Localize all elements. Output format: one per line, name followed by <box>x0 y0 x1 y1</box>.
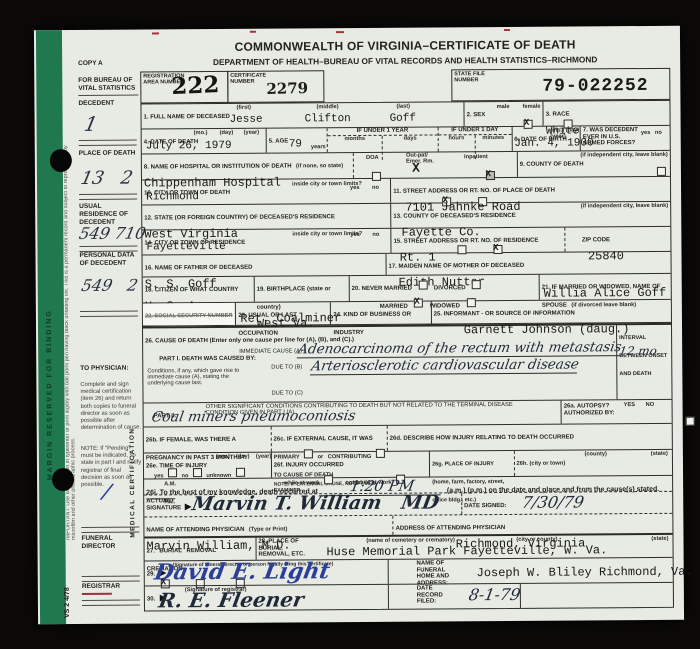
last-name-value: Goff <box>390 113 416 125</box>
registrar-signature-field: 30. ▶ (Signature of registrar) R. E. Fle… <box>145 585 388 611</box>
under-1-day-field: IF UNDER 1 DAY hours minutes <box>437 127 511 152</box>
street-of-death-field: 11. STREET ADDRESS OR RT. NO. OF PLACE O… <box>390 177 670 203</box>
physician-signature-handwritten: Marvin T. William MD <box>190 491 440 515</box>
interval-value-handwritten: 12 mo <box>618 344 658 358</box>
physician-address-field: ADDRESS OF ATTENDING PHYSICIAN Richmond,… <box>392 514 672 535</box>
red-tick <box>504 29 510 31</box>
birthplace-field: 19. BIRTHPLACE (state or country) West V… <box>254 276 349 302</box>
city-of-death-field: 10. CITY OR TOWN OF DEATH inside city or… <box>142 179 390 205</box>
row-due-to-b: Conditions, if any, which gave rise to i… <box>143 359 671 389</box>
residence-city-value: Fayetteville <box>146 241 225 254</box>
hospital-sublabel: (if none, so state) <box>296 163 343 169</box>
decedent-code-handwritten: 1 <box>82 112 100 136</box>
autopsy-yes-sublabel: YES <box>624 402 635 408</box>
interval-c-cell <box>617 385 672 399</box>
binding-strip: MARGIN RESERVED FOR BINDING <box>36 30 66 624</box>
item27-number: 27. <box>147 548 155 554</box>
mother-field: 17. MAIDEN NAME OF MOTHER OF DECEASED Ed… <box>385 252 670 275</box>
injury-description-label: 26d. DESCRIBE HOW INJURY RELATING TO DEA… <box>390 435 574 442</box>
certificate-title: COMMONWEALTH OF VIRGINIA–CERTIFICATE OF … <box>140 37 670 55</box>
row-registrar: 30. ▶ (Signature of registrar) R. E. Fle… <box>145 583 673 611</box>
funeral-section: 27. BURIAL REMOVAL CREMATION X 28. PLACE… <box>144 533 673 611</box>
full-name-field: 1. FULL NAME OF DECEASED (first) (middle… <box>141 102 463 128</box>
autopsy-yes-checkbox[interactable] <box>685 417 694 426</box>
date-of-birth-value: Jan. 4, 1900 <box>514 137 593 150</box>
physician-name-sublabel: (Type or Print) <box>249 527 287 533</box>
years-sublabel: years <box>311 144 326 150</box>
citizen-label: 18. CITIZEN OF WHAT COUNTRY <box>145 287 239 294</box>
age-label: 5. AGE <box>269 138 288 144</box>
registrar-label: REGISTRAR <box>82 583 142 592</box>
never-married-label: 20. NEVER MARRIED <box>352 286 412 292</box>
margin-rule <box>80 311 138 317</box>
city-county-sublabel: (city or county) <box>516 537 557 543</box>
physician-name-field: NAME OF ATTENDING PHYSICIAN (Type or Pri… <box>144 516 392 537</box>
registrar-signature-handwritten: R. E. Fleener <box>157 587 306 612</box>
date-filed-handwritten: 8-1-79 <box>467 585 522 604</box>
residence-street-field: 15. STREET ADDRESS OR RT. NO. OF RESIDEN… <box>390 228 564 253</box>
hospital-field: 8. NAME OF HOSPITAL OR INSTITUTION OF DE… <box>142 153 353 179</box>
death-certificate-form: 1. FULL NAME OF DECEASED (first) (middle… <box>140 100 674 612</box>
burial-label: BURIAL <box>159 548 182 554</box>
personal-code-handwritten: 549 2 <box>80 276 140 295</box>
binding-strip-label: MARGIN RESERVED FOR BINDING <box>45 180 54 480</box>
row-dates-age: 4. DATE OF DEATH (mo.) (day) (year) July… <box>142 126 670 155</box>
registration-area-box: REGISTRATION AREA NUMBER 222 <box>140 71 228 104</box>
residence-county-field: 13. COUNTY OF DECEASED'S RESIDENCE (if i… <box>390 202 670 228</box>
residence-code-handwritten: 549 710 <box>77 223 147 242</box>
limits-yes-sublabel: yes <box>350 185 360 191</box>
injury-state-sublabel: (state) <box>651 451 668 457</box>
pregnancy-field: 26b. IF FEMALE, WAS THERE A PREGNANCY IN… <box>144 427 271 453</box>
margin-rule <box>82 576 140 582</box>
physician-address-label: ADDRESS OF ATTENDING PHYSICIAN <box>396 525 506 532</box>
occupation-value: Ret. Coalminer <box>240 311 341 326</box>
red-tick <box>336 31 344 33</box>
spouse-value: Willia Alice Goff <box>544 286 667 301</box>
row-name-sex-race: 1. FULL NAME OF DECEASED (first) (middle… <box>141 101 669 130</box>
informant-label: 25. INFORMANT - OR SOURCE OF INFORMATION <box>434 310 575 317</box>
funeral-director-signature-handwritten: David E. Light <box>153 558 332 585</box>
autopsy-no-sublabel: NO <box>646 402 655 408</box>
mo-sublabel: (mo.) <box>194 130 208 136</box>
state-file-value: 79-022252 <box>542 76 648 97</box>
date-signed-label: DATE SIGNED: <box>464 503 507 509</box>
residence-state-label: 12. STATE (OR FOREIGN COUNTRY) OF DECEAS… <box>144 214 335 221</box>
residence-street-label: 15. STREET ADDRESS OR RT. NO. OF RESIDEN… <box>394 238 539 245</box>
first-sublabel: (first) <box>236 105 251 111</box>
certificate-number-box: CERTIFICATE NUMBER 2279 <box>227 70 324 103</box>
row-hospital: 8. NAME OF HOSPITAL OR INSTITUTION OF DE… <box>142 151 670 181</box>
place-of-burial-label: 28. PLACE OF BURIAL, REMOVAL, ETC. <box>258 538 310 559</box>
funeral-signature-field: 29. ▶ (Signature of funeral director or … <box>145 560 388 586</box>
physician-name-label: NAME OF ATTENDING PHYSICIAN <box>146 527 244 534</box>
year-sublabel: (year) <box>244 130 260 136</box>
funeral-home-value: Joseph W. Bliley Richmond, Va. <box>477 565 693 581</box>
street-of-death-label: 11. STREET ADDRESS OR RT. NO. OF PLACE O… <box>393 188 555 195</box>
date-filed-label: DATE RECORD FILED: <box>391 585 457 606</box>
row-residence-state-county: 12. STATE (OR FOREIGN COUNTRY) OF DECEAS… <box>142 202 670 231</box>
red-tick <box>152 32 159 34</box>
day-sublabel: (day) <box>220 130 234 136</box>
date-signed-handwritten: 7/30/79 <box>520 492 585 511</box>
injury-year-sublabel: (year) <box>256 454 272 460</box>
county-of-death-label: 9. COUNTY OF DEATH <box>520 161 584 167</box>
outpatient-x-mark[interactable]: X <box>412 161 420 176</box>
full-name-label: 1. FULL NAME OF DECEASED <box>144 114 230 121</box>
sex-label: 2. SEX <box>467 112 486 118</box>
place-of-burial-value: Huse Memorial Park Fayetteville, W. Va. <box>326 543 607 559</box>
sex-field: 2. SEX male female X <box>464 102 543 127</box>
date-signed-field: DATE SIGNED: 7/30/79 <box>461 492 672 514</box>
interval-header-cell: INTERVAL BETWEEN ONSET AND DEATH <box>616 325 671 341</box>
row-26efgh: 26e. TIME OF INJURY (mo.) (day) (year) A… <box>144 450 672 480</box>
row-funeral-director: 29. ▶ (Signature of funeral director or … <box>145 558 673 587</box>
female-sublabel: female <box>523 104 541 110</box>
father-field: 16. NAME OF FATHER OF DECEASED S. S. Gof… <box>143 254 386 277</box>
medical-certification-section: 26. CAUSE OF DEATH (Enter only one cause… <box>143 323 672 537</box>
time-of-injury-label: 26e. TIME OF INJURY <box>146 463 207 469</box>
never-married-checkbox[interactable] <box>418 281 427 290</box>
middle-sublabel: (middle) <box>316 104 338 110</box>
under-1-year-field: IF UNDER 1 YEAR months days <box>326 127 437 152</box>
row-26bcd: 26b. IF FEMALE, WAS THERE A PREGNANCY IN… <box>144 424 672 454</box>
place-of-burial-field: 28. PLACE OF BURIAL, REMOVAL, ETC. (name… <box>255 535 672 560</box>
residence-yes-sublabel: yes <box>350 232 360 238</box>
autopsy-label: 26a. AUTOPSY? AUTHORIZED BY: <box>564 403 619 417</box>
informant-field: 25. INFORMANT - OR SOURCE OF INFORMATION… <box>431 300 671 324</box>
zip-field: ZIP CODE 25840 <box>565 227 671 252</box>
due-to-b-label: DUE TO (B) <box>271 364 302 371</box>
margin-personal-label: PERSONAL DATA OF DECEDENT <box>79 252 139 269</box>
ssn-field: 22. SOCIAL SECURITY NUMBER <box>143 303 236 326</box>
injury-description-field: 26d. DESCRIBE HOW INJURY RELATING TO DEA… <box>387 424 672 451</box>
cause-b-handwritten: Arteriosclerotic cardiovascular disease <box>310 356 580 375</box>
due-to-c-label: DUE TO (C) <box>271 390 302 397</box>
margin-decedent-label: DECEDENT <box>78 100 138 109</box>
injury-mo-sublabel: (mo.) <box>216 454 230 460</box>
hospital-label: 8. NAME OF HOSPITAL OR INSTITUTION OF DE… <box>144 163 292 170</box>
divorced-label: DIVORCED <box>434 285 466 291</box>
funeral-home-field: NAME OF FUNERAL HOME AND ADDRESS: Joseph… <box>388 558 673 584</box>
conditions-note: Conditions, if any, which gave rise to i… <box>147 368 255 387</box>
injury-location-field: 26h. (city or town) (county) (state) <box>513 450 672 476</box>
place-of-injury-field: 26g. PLACE OF INJURY (home, farm, factor… <box>429 451 514 477</box>
margin-rule <box>79 140 137 146</box>
row-citizen-marital: 18. CITIZEN OF WHAT COUNTRY U. S. A. 19.… <box>143 274 671 304</box>
male-sublabel: male <box>497 104 510 110</box>
registrar-red-mark <box>82 593 112 595</box>
outpatient-sublabel: Out-pat/ Emer. Rm. <box>406 153 436 165</box>
residence-county-label: 13. COUNTY OF DECEASED'S RESIDENCE <box>393 213 515 220</box>
injury-city-sublabel: 26h. (city or town) <box>517 461 566 467</box>
state-file-box: STATE FILE NUMBER 79-022252 <box>451 68 670 102</box>
registrar-empty-cell <box>520 583 673 608</box>
certificate-subtitle: DEPARTMENT OF HEALTH–BUREAU OF VITAL REC… <box>140 54 670 68</box>
industry-field: 24. KIND OF BUSINESS OR INDUSTRY <box>330 301 430 324</box>
residence-state-field: 12. STATE (OR FOREIGN COUNTRY) OF DECEAS… <box>142 204 390 230</box>
residence-no-sublabel: no <box>372 232 379 238</box>
age-value: 79 <box>289 138 302 150</box>
admission-type-field: DOA Out-pat/ Emer. Rm. Inpatient X X <box>353 152 517 178</box>
armed-no-sublabel: no <box>655 130 662 136</box>
injury-day-sublabel: (day) <box>236 454 250 460</box>
row-physician-name: NAME OF ATTENDING PHYSICIAN (Type or Pri… <box>144 514 672 537</box>
race-field: 3. RACE White <box>543 101 670 126</box>
medical-certification-label: MEDICAL CERTIFICATION <box>128 332 142 538</box>
spouse-field: 21. IF MARRIED OR WIDOWED, NAME OF SPOUS… <box>539 274 671 300</box>
place-code-handwritten: 13 2 <box>79 168 135 189</box>
removal-label: REMOVAL <box>186 548 216 554</box>
copy-label: COPY A <box>78 60 138 69</box>
doa-sublabel: DOA <box>366 155 379 161</box>
interval-value-cell: 12 mo <box>616 341 671 359</box>
punch-hole-bottom <box>52 468 74 491</box>
county-of-death-field: 9. COUNTY OF DEATH (if independent city,… <box>517 151 670 177</box>
part2-cell: PART II. OTHER SIGNIFICANT CONDITIONS CO… <box>144 401 561 427</box>
immediate-cause-label: IMMEDIATE CAUSE (A) <box>239 348 302 355</box>
county-of-death-sublabel: (if independent city, leave blank) <box>580 152 667 159</box>
date-of-death-field: 4. DATE OF DEATH (mo.) (day) (year) July… <box>142 129 266 154</box>
city-of-death-value: Richmond <box>146 191 199 203</box>
bureau-label: FOR BUREAU OF VITAL STATISTICS <box>78 77 138 97</box>
inpatient-sublabel: Inpatient <box>464 154 488 160</box>
external-cause-label: 26c. IF EXTERNAL CAUSE, IT WAS <box>273 436 372 443</box>
date-of-death-value: July 26, 1979 <box>146 140 232 153</box>
injury-county-sublabel: (county) <box>584 451 606 457</box>
row-city-street-death: 10. CITY OR TOWN OF DEATH inside city or… <box>142 177 670 206</box>
certificate-number-value: 2279 <box>266 79 308 98</box>
interval-b-cell <box>616 359 671 385</box>
race-label: 3. RACE <box>546 112 570 118</box>
item30-number: 30. <box>147 596 155 602</box>
form-number: VS 2 4/78 <box>64 572 71 618</box>
residence-city-field: 14. CITY OR TOWN OF RESIDENCE inside cit… <box>142 229 390 255</box>
date-filed-field: DATE RECORD FILED: 8-1-79 <box>388 584 520 609</box>
residence-county-sublabel: (if independent city, leave blank) <box>581 203 668 210</box>
divorced-checkbox[interactable] <box>472 280 481 289</box>
age-field: 5. AGE 79 years <box>266 128 327 152</box>
state-sublabel: (state) <box>651 536 668 542</box>
injury-occurred-label: 26f. INJURY OCCURRED <box>274 462 344 468</box>
autopsy-cell: 26a. AUTOPSY? AUTHORIZED BY: YES NO ✓ <box>561 400 672 424</box>
occupation-field: 23. USUAL OR LAST OCCUPATION Ret. Coalmi… <box>235 302 330 325</box>
registration-area-value: 222 <box>171 71 220 100</box>
row-residence-city-street: 14. CITY OR TOWN OF RESIDENCE inside cit… <box>142 227 670 256</box>
punch-hole-top <box>50 149 72 172</box>
limits-no-sublabel: no <box>372 185 379 191</box>
citizen-field: 18. CITIZEN OF WHAT COUNTRY U. S. A. <box>143 277 254 303</box>
actual-signature-field: ACTUAL SIGNATURE ▶ Marvin T. William MD <box>144 493 461 516</box>
photo-background: MARGIN RESERVED FOR BINDING IMPORTANT: U… <box>0 0 700 649</box>
external-cause-field: 26c. IF EXTERNAL CAUSE, IT WAS PRIMARY o… <box>270 426 386 452</box>
zip-label: ZIP CODE <box>568 237 610 243</box>
ssn-label: 22. SOCIAL SECURITY NUMBER <box>145 313 233 320</box>
margin-place-of-death-label: PLACE OF DEATH <box>79 150 139 159</box>
cemetery-sublabel: (name of cemetery or crematory) <box>366 537 455 544</box>
actual-signature-label: ACTUAL SIGNATURE <box>146 499 180 513</box>
father-label: 16. NAME OF FATHER OF DECEASED <box>145 265 253 272</box>
mother-label: 17. MAIDEN NAME OF MOTHER OF DECEASED <box>388 263 524 270</box>
state-file-label: STATE FILE NUMBER <box>452 70 494 83</box>
row-occupation-informant: 22. SOCIAL SECURITY NUMBER 23. USUAL OR … <box>143 300 671 327</box>
last-sublabel: (last) <box>396 104 410 110</box>
armed-yes-sublabel: yes <box>641 130 651 136</box>
disposition-field: 27. BURIAL REMOVAL CREMATION X <box>144 538 255 561</box>
certificate-paper: MARGIN RESERVED FOR BINDING IMPORTANT: U… <box>34 26 684 624</box>
marital-status-field: 20. NEVER MARRIED DIVORCED MARRIED X WID… <box>349 275 539 301</box>
red-tick <box>250 31 256 33</box>
injury-occurred-field: 26f. INJURY OCCURRED while at work not w… <box>271 452 430 478</box>
due-to-b-cell: Conditions, if any, which gave rise to i… <box>143 359 616 388</box>
part2-handwritten: Coal miners pneumoconiosis <box>150 408 357 425</box>
margin-rule <box>82 600 140 606</box>
time-of-injury-field: 26e. TIME OF INJURY (mo.) (day) (year) A… <box>144 453 271 479</box>
date-of-birth-field: 6. DATE OF BIRTH (mo.) (day) (year) Jan.… <box>511 126 580 150</box>
row-part2-autopsy: PART II. OTHER SIGNIFICANT CONDITIONS CO… <box>144 400 672 428</box>
margin-rule <box>79 194 137 200</box>
first-name-value: Jesse <box>230 114 263 126</box>
middle-name-value: Clifton <box>305 113 351 125</box>
